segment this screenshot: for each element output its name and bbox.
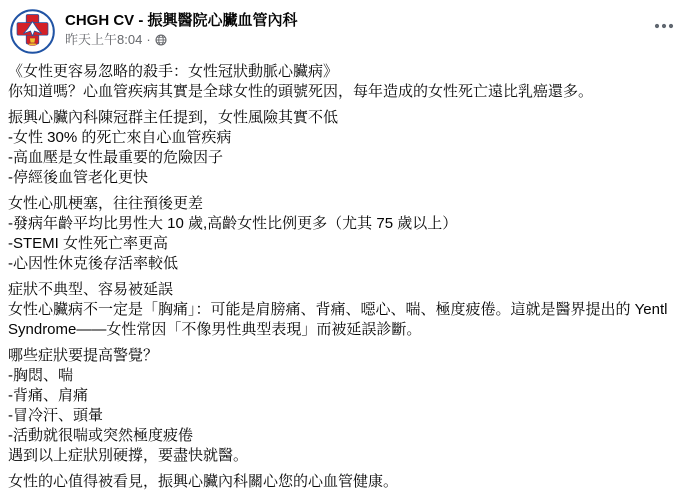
post-meta: 昨天上午8:04 · — [65, 31, 298, 48]
post-paragraph-symptoms-atypical: 症狀不典型、容易被延誤 女性心臟病不一定是「胸痛」：可能是肩膀痛、背痛、噁心、喘… — [8, 280, 686, 340]
globe-icon — [155, 34, 167, 46]
page-avatar[interactable] — [10, 9, 55, 54]
post-paragraph-title: 《女性更容易忽略的殺手：女性冠狀動脈心臟病》 你知道嗎？心血管疾病其實是全球女性… — [8, 62, 686, 102]
timestamp-link[interactable]: 昨天上午8:04 — [65, 31, 142, 48]
post-options-button[interactable] — [648, 12, 680, 40]
post-body: 《女性更容易忽略的殺手：女性冠狀動脈心臟病》 你知道嗎？心血管疾病其實是全球女性… — [0, 56, 694, 492]
post-paragraph-closing: 女性的心值得被看見，振興心臟內科關心您的心血管健康。 — [8, 472, 686, 492]
post-header: CHGH CV - 振興醫院心臟血管內科 昨天上午8:04 · — [0, 0, 694, 56]
post-paragraph-risk: 振興心臟內科陳冠群主任提到，女性風險其實不低 -女性 30% 的死亡來自心血管疾… — [8, 108, 686, 188]
post-paragraph-prognosis: 女性心肌梗塞，往往預後更差 -發病年齡平均比男性大 10 歲,高齡女性比例更多（… — [8, 194, 686, 274]
facebook-post: CHGH CV - 振興醫院心臟血管內科 昨天上午8:04 · — [0, 0, 694, 494]
hospital-cross-logo-icon — [10, 9, 55, 54]
post-paragraph-warning-signs: 哪些症狀要提高警覺？ -胸悶、喘 -背痛、肩痛 -冒冷汗、頭暈 -活動就很喘或突… — [8, 346, 686, 466]
page-name-link[interactable]: CHGH CV - 振興醫院心臟血管內科 — [65, 11, 298, 30]
header-text: CHGH CV - 振興醫院心臟血管內科 昨天上午8:04 · — [65, 9, 298, 48]
ellipsis-icon — [654, 23, 674, 29]
meta-separator: · — [146, 32, 150, 47]
